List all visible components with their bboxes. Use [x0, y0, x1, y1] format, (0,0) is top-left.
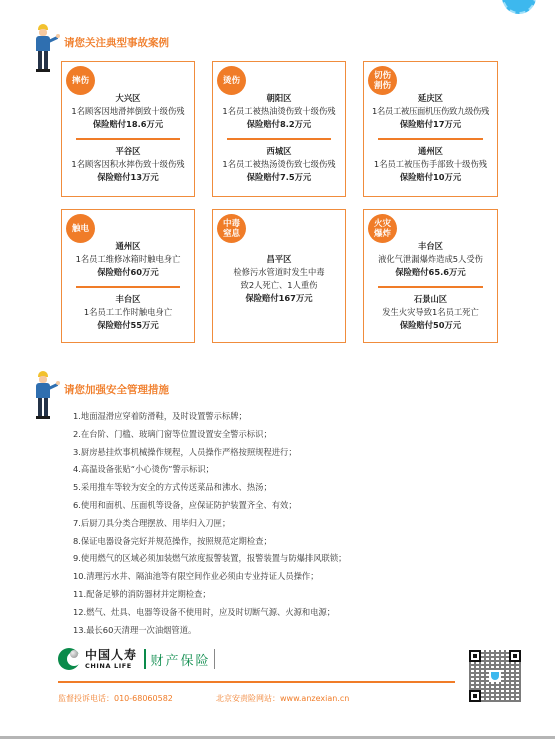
case-description: 1名员工被热油烫伤致十级伤残: [213, 105, 345, 118]
china-life-mark-icon: [58, 648, 80, 670]
brand-name-en: CHINA LIFE: [85, 662, 137, 670]
case-district: 昌平区: [213, 253, 345, 266]
case-payout: 保险赔付7.5万元: [213, 171, 345, 184]
case-divider: [227, 138, 331, 140]
measure-item: 4.高温设备张贴“小心烫伤”警示标识；: [73, 461, 346, 479]
measure-item: 8.保证电器设备完好并规范操作，按照规范定期检查；: [73, 533, 346, 551]
case-payout: 保险赔付13万元: [62, 171, 194, 184]
footer-divider: [58, 681, 455, 683]
case-entry: 石景山区 发生火灾导致1名员工死亡 保险赔付50万元: [364, 293, 497, 332]
case-description: 1名员工工作时触电身亡: [62, 306, 194, 319]
measure-item: 7.后厨刀具分类合理摆放、用毕归入刀匣；: [73, 515, 346, 533]
china-life-logo: 中国人寿 CHINA LIFE 财产保险: [58, 648, 215, 670]
case-payout: 保险赔付18.6万元: [62, 118, 194, 131]
measure-item: 12.燃气、灶具、电器等设备不使用时，应及时切断气源、火源和电源；: [73, 604, 346, 622]
category-badge: 火灾爆炸: [368, 214, 397, 243]
case-payout: 保险赔付55万元: [62, 319, 194, 332]
measure-item: 9.使用燃气的区域必须加装燃气浓度报警装置，报警装置与防爆排风联锁；: [73, 550, 346, 568]
website-link[interactable]: 北京安责险网站：www.anzexian.cn: [216, 693, 349, 704]
case-description: 1名顾客因地滑摔倒致十级伤残: [62, 105, 194, 118]
case-payout: 保险赔付65.6万元: [364, 266, 497, 279]
brand-divider: [144, 649, 146, 669]
case-divider: [76, 138, 180, 140]
case-description: 1名员工被压面机压伤致九级伤残: [364, 105, 497, 118]
measure-item: 13.最长60天清理一次油烟管道。: [73, 622, 346, 640]
case-description: 检修污水管道时发生中毒: [213, 266, 345, 279]
case-entry: 西城区 1名员工被热汤烫伤致七级伤残 保险赔付7.5万元: [213, 145, 345, 184]
case-district: 平谷区: [62, 145, 194, 158]
case-entry: 平谷区 1名顾客因积水摔伤致十级伤残 保险赔付13万元: [62, 145, 194, 184]
section-title-cases: 请您关注典型事故案例: [64, 35, 169, 50]
measure-item: 3.厨房悬挂炊事机械操作规程，人员操作严格按照规程进行；: [73, 444, 346, 462]
measure-item: 6.使用和面机、压面机等设备，应保证防护装置齐全、有效；: [73, 497, 346, 515]
case-description: 液化气泄漏爆炸造成5人受伤: [364, 253, 497, 266]
worker-mascot-icon: [30, 371, 60, 419]
case-payout: 保险赔付10万元: [364, 171, 497, 184]
measure-item: 10.清理污水井、隔油池等有限空间作业必须由专业持证人员操作；: [73, 568, 346, 586]
case-card-poison: 中毒窒息 昌平区 检修污水管道时发生中毒 致2人死亡、1人重伤 保险赔付167万…: [212, 209, 346, 343]
case-district: 丰台区: [62, 293, 194, 306]
sub-brand-name: 财产保险: [151, 650, 211, 669]
category-badge: 烫伤: [217, 66, 246, 95]
brand-divider: [214, 649, 216, 669]
case-description: 1名员工被热汤烫伤致七级伤残: [213, 158, 345, 171]
case-payout: 保险赔付8.2万元: [213, 118, 345, 131]
case-card-scald: 烫伤 朝阳区 1名员工被热油烫伤致十级伤残 保险赔付8.2万元 西城区 1名员工…: [212, 61, 346, 197]
case-divider: [378, 286, 483, 288]
case-payout: 保险赔付60万元: [62, 266, 194, 279]
brand-name-cn: 中国人寿: [85, 649, 137, 662]
measure-item: 11.配备足够的消防器材并定期检查；: [73, 586, 346, 604]
case-payout: 保险赔付50万元: [364, 319, 497, 332]
case-entry: 丰台区 1名员工工作时触电身亡 保险赔付55万元: [62, 293, 194, 332]
case-card-cut: 切伤割伤 延庆区 1名员工被压面机压伤致九级伤残 保险赔付17万元 通州区 1名…: [363, 61, 498, 197]
case-description: 1名员工被压伤手部致十级伤残: [364, 158, 497, 171]
case-divider: [76, 286, 180, 288]
case-description: 致2人死亡、1人重伤: [213, 279, 345, 292]
case-district: 通州区: [364, 145, 497, 158]
complaint-hotline: 监督投诉电话：010-68060582: [58, 693, 173, 704]
measure-item: 5.采用推车等较为安全的方式传送菜品和沸水、热汤；: [73, 479, 346, 497]
case-description: 发生火灾导致1名员工死亡: [364, 306, 497, 319]
section-title-measures: 请您加强安全管理措施: [64, 382, 169, 397]
qr-code: [469, 650, 521, 702]
case-description: 1名员工维修冰箱时触电身亡: [62, 253, 194, 266]
case-district: 石景山区: [364, 293, 497, 306]
category-badge: 摔伤: [66, 66, 95, 95]
case-payout: 保险赔付167万元: [213, 292, 345, 305]
case-payout: 保险赔付17万元: [364, 118, 497, 131]
safety-measures-list: 1.地面湿滑应穿着防滑鞋，及时设置警示标牌； 2.在台阶、门槛、玻璃门窗等位置设…: [73, 408, 346, 639]
case-district: 西城区: [213, 145, 345, 158]
shield-icon: [489, 670, 501, 682]
case-card-fall: 摔伤 大兴区 1名顾客因地滑摔倒致十级伤残 保险赔付18.6万元 平谷区 1名顾…: [61, 61, 195, 197]
category-badge: 切伤割伤: [368, 66, 397, 95]
measure-item: 2.在台阶、门槛、玻璃门窗等位置设置安全警示标识；: [73, 426, 346, 444]
case-card-fire: 火灾爆炸 丰台区 液化气泄漏爆炸造成5人受伤 保险赔付65.6万元 石景山区 发…: [363, 209, 498, 343]
category-badge: 触电: [66, 214, 95, 243]
measure-item: 1.地面湿滑应穿着防滑鞋，及时设置警示标牌；: [73, 408, 346, 426]
case-divider: [378, 138, 483, 140]
case-description: 1名顾客因积水摔伤致十级伤残: [62, 158, 194, 171]
category-badge: 中毒窒息: [217, 214, 246, 243]
worker-mascot-icon: [30, 24, 60, 72]
shield-logo-icon: [502, 0, 536, 14]
case-entry: 通州区 1名员工被压伤手部致十级伤残 保险赔付10万元: [364, 145, 497, 184]
case-card-electric: 触电 通州区 1名员工维修冰箱时触电身亡 保险赔付60万元 丰台区 1名员工工作…: [61, 209, 195, 343]
